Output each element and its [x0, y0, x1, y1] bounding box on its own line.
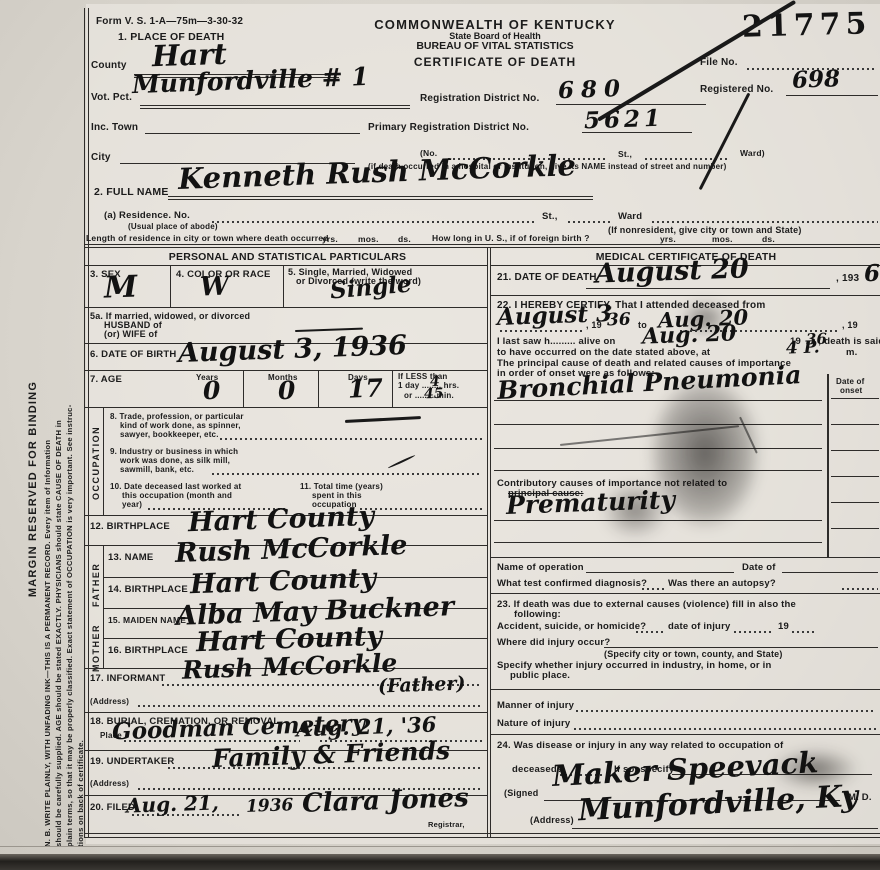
occurred-m-label: m. — [846, 347, 858, 358]
maiden-name-label: 15. MAIDEN NAME — [108, 615, 186, 625]
informant-address-blank — [138, 705, 482, 707]
less-min-value: 45 — [424, 386, 444, 403]
dod-line — [586, 288, 830, 289]
father-birthplace-label: 14. BIRTHPLACE — [108, 584, 188, 595]
bottom-border — [84, 833, 880, 834]
registrar-label: Registrar, — [428, 820, 465, 829]
dod-year-prefix: , 193 — [836, 273, 859, 284]
binding-note-line: N. B. WRITE PLAINLY, WITH UNFADING INK—T… — [42, 151, 53, 847]
accident-label: Accident, suicide, or homicide? — [497, 621, 646, 632]
yrs-label-2: yrs. — [660, 234, 676, 244]
binding-note: N. B. WRITE PLAINLY, WITH UNFADING INK—T… — [42, 151, 88, 847]
manner-injury-blank — [576, 710, 876, 712]
vot-pct-line — [140, 108, 410, 109]
physician-address-label: (Address) — [530, 815, 574, 825]
total-time-blank — [360, 508, 482, 510]
occurred-label: to have occurred on the date stated abov… — [497, 347, 710, 358]
onset-rule — [831, 424, 879, 425]
onset-rule — [831, 398, 879, 399]
last-worked-label: this occupation (month and — [122, 491, 232, 500]
bottom-border — [84, 837, 880, 838]
cause-rule — [494, 400, 822, 401]
autopsy-blank — [842, 588, 878, 590]
grid-line — [84, 407, 487, 408]
informant-label: 17. INFORMANT — [90, 673, 165, 684]
residence-label: (a) Residence. No. — [104, 210, 190, 221]
where-injury-blank — [604, 647, 878, 648]
grid-line — [283, 265, 284, 307]
section-divider — [84, 247, 880, 248]
column-divider — [490, 247, 491, 837]
industry-label: sawmill, bank, etc. — [120, 465, 194, 474]
grid-line — [84, 370, 487, 371]
test-label: What test confirmed diagnosis? — [497, 578, 647, 589]
specify-city-note: (Specify city or town, county, and State… — [604, 649, 783, 659]
onset-column-line — [827, 374, 829, 558]
industry-label: work was done, as silk mill, — [120, 456, 230, 465]
full-name-label: 2. FULL NAME — [94, 186, 169, 198]
form-number: Form V. S. 1-A—75m—3-30-32 — [96, 16, 243, 27]
section-divider — [84, 244, 880, 245]
ward-label: Ward) — [740, 148, 765, 158]
age-label: 7. AGE — [90, 374, 122, 385]
how-long-label: How long in U. S., if of foreign birth ? — [432, 233, 590, 243]
father-name-label: 13. NAME — [108, 552, 153, 563]
autopsy-label: Was there an autopsy? — [668, 578, 776, 589]
residence-ward-label: Ward — [618, 211, 642, 222]
age-years-value: 0 — [202, 376, 220, 406]
grid-line — [392, 370, 393, 407]
binding-note-line: should be carefully supplied. AGE should… — [53, 151, 64, 847]
nature-injury-blank — [574, 728, 876, 730]
industry-label: 9. Industry or business in which — [110, 447, 238, 456]
where-injury-label: Where did injury occur? — [497, 637, 610, 648]
grid-line — [84, 265, 487, 266]
grid-line — [243, 370, 244, 407]
onset-rule — [831, 502, 879, 503]
last-worked-label: year) — [122, 500, 142, 509]
title-commonwealth: COMMONWEALTH OF KENTUCKY — [330, 17, 660, 32]
ink-smudge — [770, 748, 860, 790]
form-border-line — [88, 8, 89, 838]
address-line — [572, 828, 878, 829]
form-border-line — [84, 8, 85, 838]
grid-line — [490, 557, 880, 558]
st-label: St., — [618, 149, 632, 159]
mother-side-label: MOTHER — [91, 608, 101, 672]
grid-line — [84, 307, 487, 308]
accident-blank — [636, 631, 664, 633]
inc-town-label: Inc. Town — [91, 122, 138, 133]
ink-smudge — [600, 480, 670, 540]
external-causes-label: following: — [514, 609, 561, 620]
signed-label: (Signed — [504, 788, 538, 798]
last-worked-label: 10. Date deceased last worked at — [110, 482, 241, 491]
test-blank — [642, 588, 664, 590]
injury-date-blank — [734, 631, 772, 633]
nature-injury-label: Nature of injury — [497, 718, 570, 729]
occurred-value: 4 P. — [786, 337, 820, 358]
operation-blank — [586, 572, 734, 573]
certify-from-blank — [500, 330, 582, 332]
occupation-side-label: OCCUPATION — [91, 424, 101, 500]
certify-from-year: 36 — [607, 310, 631, 331]
registered-no-value: 698 — [792, 65, 841, 94]
industry-blank — [212, 473, 482, 475]
death-certificate-scan: MARGIN RESERVED FOR BINDING N. B. WRITE … — [0, 0, 880, 870]
injury-19-blank — [792, 631, 816, 633]
length-residence-label: Length of residence in city or town wher… — [86, 233, 329, 243]
personal-section-title: PERSONAL AND STATISTICAL PARTICULARS — [90, 251, 485, 263]
birthplace-label: 12. BIRTHPLACE — [90, 521, 170, 532]
title-certificate: CERTIFICATE OF DEATH — [330, 55, 660, 69]
title-bureau: BUREAU OF VITAL STATISTICS — [330, 41, 660, 52]
vot-pct-line — [140, 105, 410, 106]
mos-label-2: mos. — [712, 234, 733, 244]
age-months-value: 0 — [277, 376, 295, 406]
undertaker-label: 19. UNDERTAKER — [90, 756, 174, 767]
less-than-label: If LESS than — [398, 372, 448, 381]
binding-note-line: plain terms, so that it may be properly … — [64, 151, 75, 847]
trade-blank — [220, 438, 482, 440]
city-label: City — [91, 152, 111, 163]
primary-reg-line — [582, 132, 692, 133]
onset-rule — [831, 476, 879, 477]
county-label: County — [91, 60, 127, 71]
scan-shadow-line — [0, 846, 880, 847]
ds-label-2: ds. — [762, 234, 775, 244]
undertaker-address-label: (Address) — [90, 779, 129, 788]
onset-rule — [831, 528, 879, 529]
operation-label: Name of operation — [497, 562, 584, 573]
file-no-label: File No. — [700, 57, 738, 68]
sex-value: M — [103, 269, 137, 305]
grid-line — [490, 734, 880, 735]
trade-label: kind of work done, as spinner, — [120, 421, 241, 430]
residence-no-blank — [212, 221, 537, 223]
onset-rule — [831, 450, 879, 451]
operation-date-label: Date of — [742, 562, 776, 573]
age-days-value: 17 — [348, 373, 384, 403]
grid-line — [490, 593, 880, 594]
residence-st-label: St., — [542, 211, 558, 222]
grid-line — [490, 689, 880, 690]
yrs-label: yrs. — [322, 234, 338, 244]
reg-district-label: Registration District No. — [420, 93, 539, 104]
residence-ward-blank — [652, 221, 878, 223]
full-name-line — [168, 199, 593, 200]
father-side-label: FATHER — [91, 547, 101, 607]
vot-pct-label: Vot. Pct. — [91, 92, 132, 103]
certify-19b-label: , 19 — [842, 320, 858, 330]
residence-st-blank — [568, 221, 610, 223]
mos-label: mos. — [358, 234, 379, 244]
operation-date-blank — [782, 572, 878, 573]
primary-reg-label: Primary Registration District No. — [368, 122, 529, 133]
husband-wife-label: (or) WIFE of — [104, 329, 157, 339]
grid-line — [103, 407, 104, 515]
informant-address-label: (Address) — [90, 697, 129, 706]
ds-label: ds. — [398, 234, 411, 244]
death-said-label: ; death is said — [818, 336, 880, 347]
certify-19-label: , 19 — [586, 320, 602, 330]
full-name-line — [168, 196, 593, 197]
grid-line — [170, 265, 171, 307]
filed-date-value: Aug. 21, — [126, 790, 220, 817]
column-divider — [487, 247, 488, 837]
registrar-signature: Clara Jones — [302, 783, 470, 819]
date-of-birth-label: 6. DATE OF BIRTH — [90, 349, 176, 360]
trade-label: 8. Trade, profession, or particular — [110, 412, 244, 421]
registered-no-line — [786, 95, 878, 96]
reg-district-value: 680 — [558, 75, 628, 104]
cause-rule — [494, 542, 822, 543]
registered-no-label: Registered No. — [700, 84, 773, 95]
stamp-number: 21775 — [742, 6, 872, 44]
ink-smudge — [680, 300, 730, 336]
last-saw-label: I last saw h......... alive on — [497, 336, 615, 347]
binding-margin-label: MARGIN RESERVED FOR BINDING — [27, 324, 39, 654]
onset-label: onset — [840, 386, 862, 395]
injury-date-label: date of injury — [668, 621, 730, 632]
grid-line — [490, 295, 880, 296]
date-of-death-label: 21. DATE OF DEATH — [497, 272, 597, 283]
color-race-value: W — [199, 271, 229, 302]
title-block: COMMONWEALTH OF KENTUCKY State Board of … — [330, 17, 660, 69]
grid-line — [318, 370, 319, 407]
scan-edge-band — [0, 854, 880, 870]
manner-injury-label: Manner of injury — [497, 700, 574, 711]
total-time-label: 11. Total time (years) — [300, 482, 383, 491]
inc-town-line — [145, 133, 360, 134]
primary-reg-value: 5621 — [584, 105, 665, 135]
injury-19-label: 19 — [778, 621, 789, 632]
informant-relation: (Father) — [378, 672, 466, 697]
specify-whether-label: public place. — [510, 670, 570, 681]
dod-year-hand: 6 — [864, 260, 880, 288]
filed-year-value: 1936 — [246, 795, 294, 817]
abode-note: (Usual place of abode) — [128, 222, 218, 231]
trade-label: sawyer, bookkeeper, etc. — [120, 430, 219, 439]
onset-label: Date of — [836, 377, 865, 386]
total-time-label: spent in this — [312, 491, 362, 500]
date-of-death-value: August 20 — [595, 253, 750, 289]
mother-birthplace-label: 16. BIRTHPLACE — [108, 645, 188, 656]
